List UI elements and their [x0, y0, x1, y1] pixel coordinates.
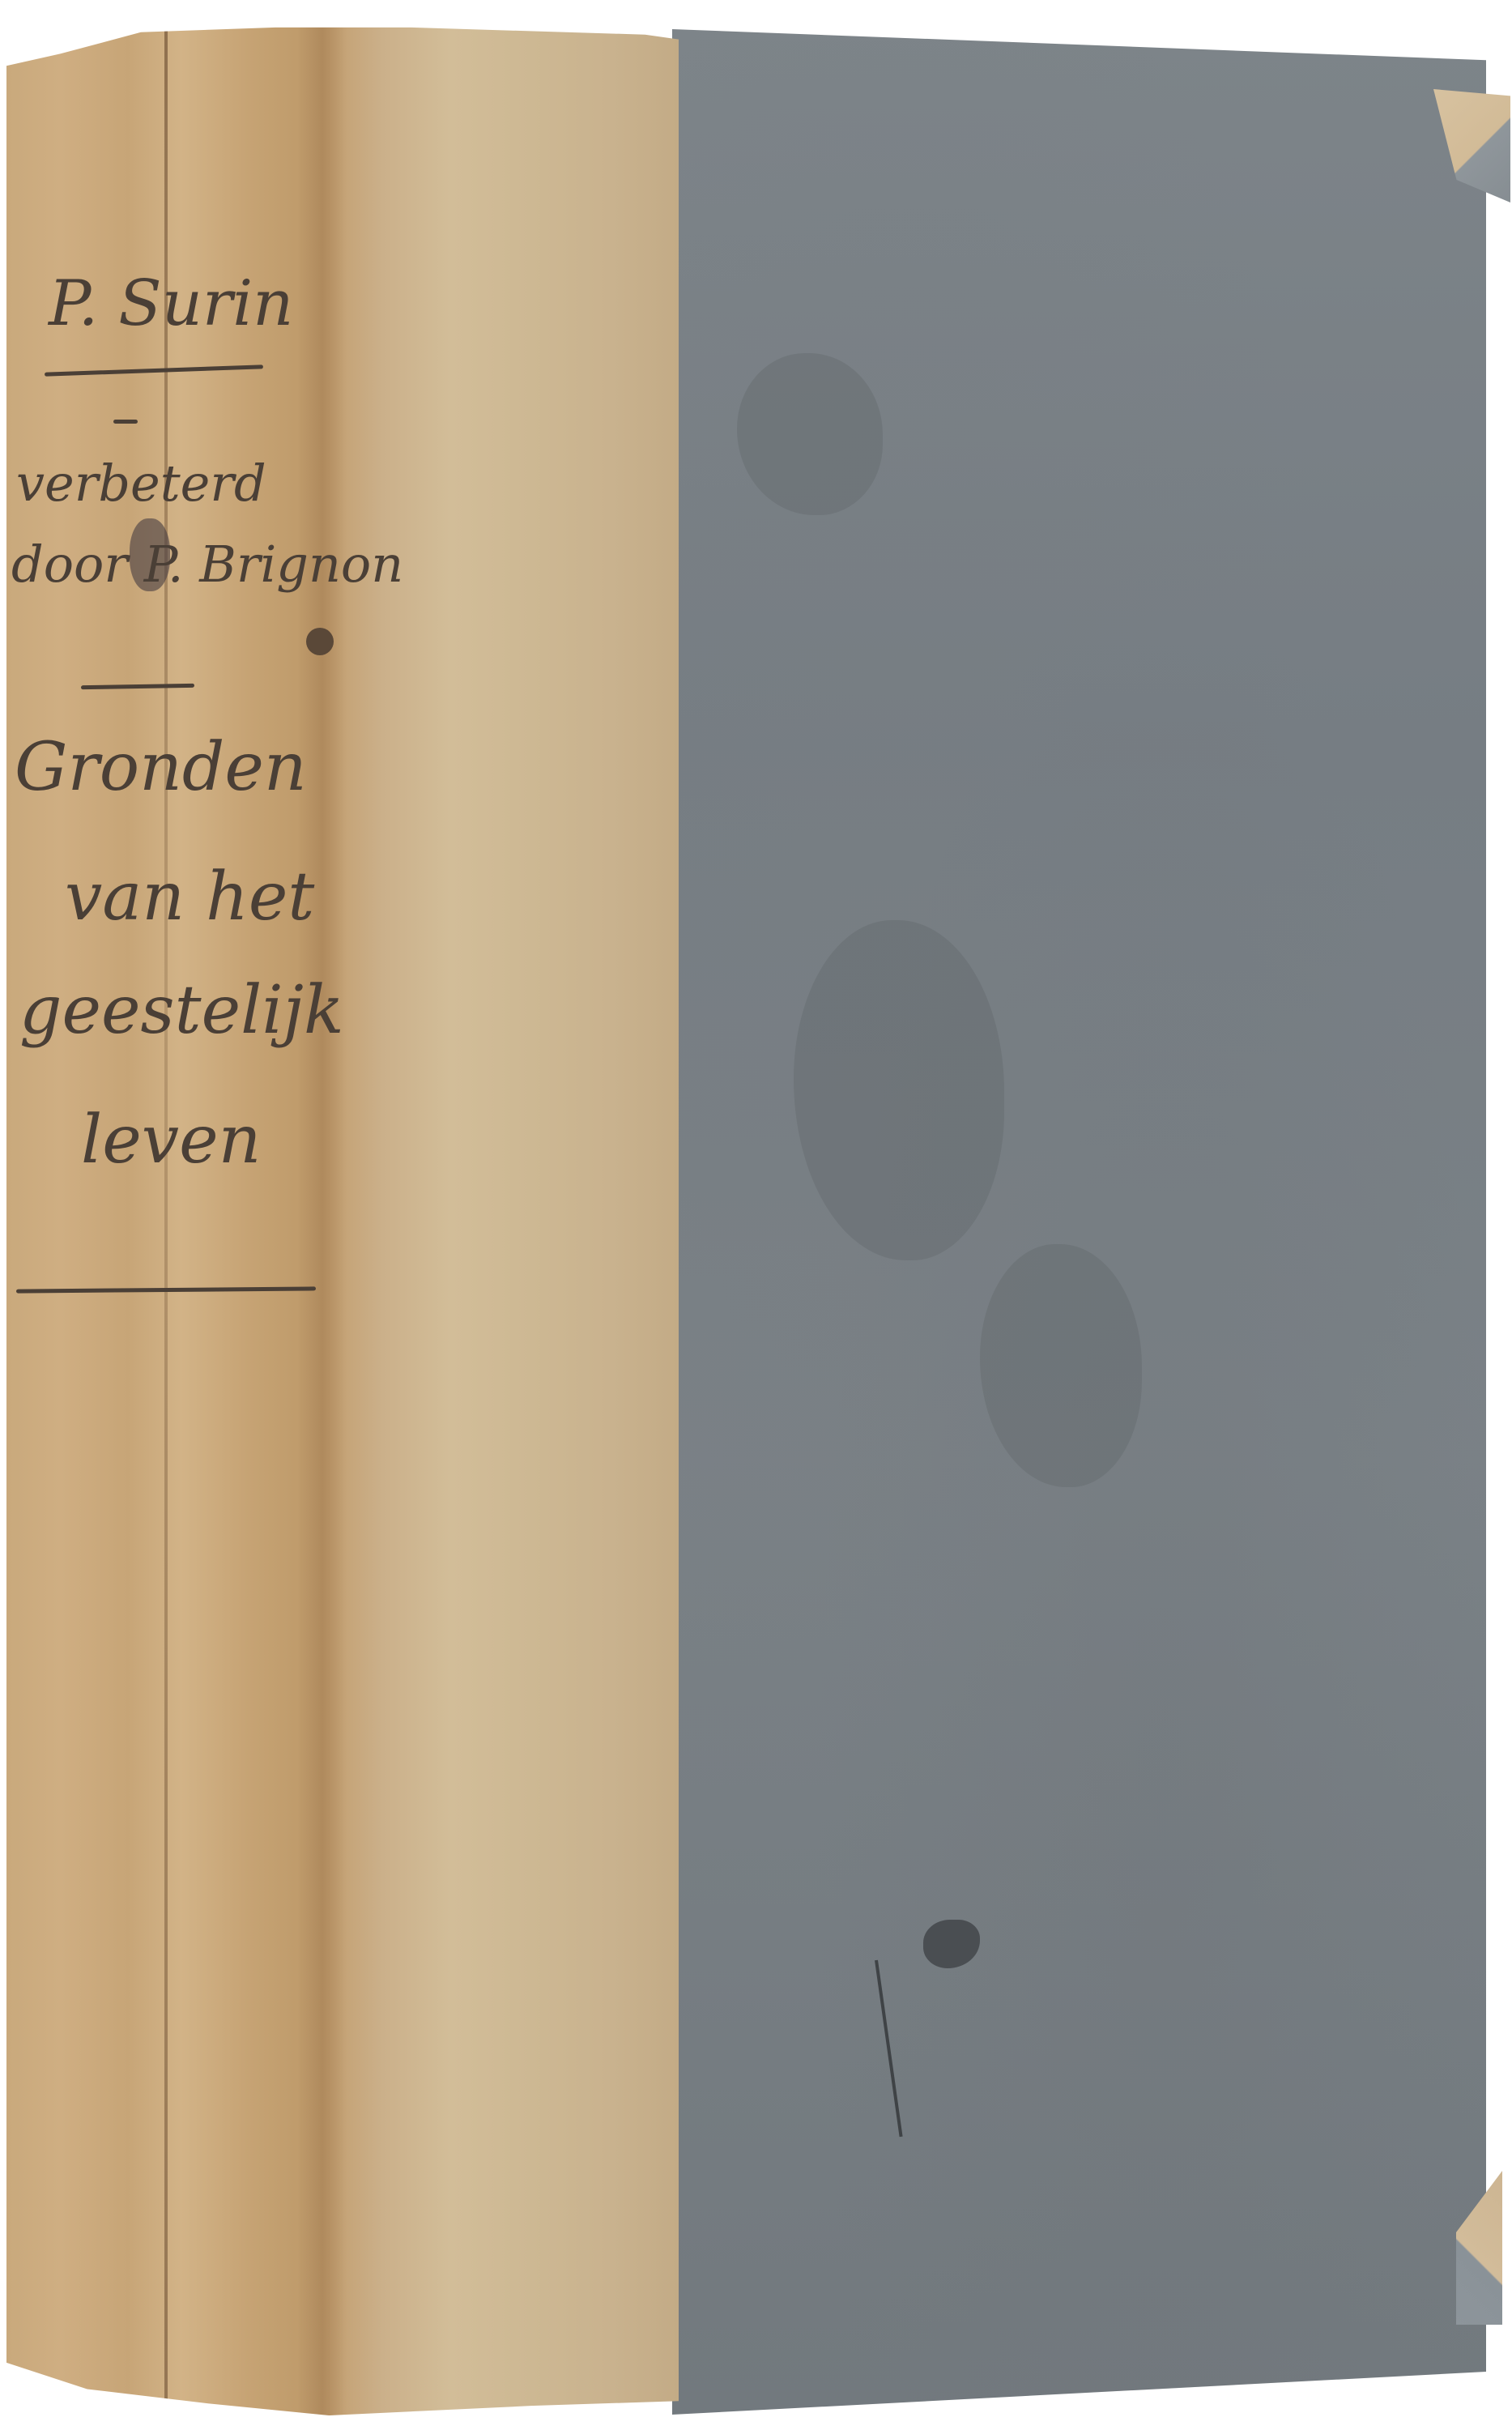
book-spine	[6, 18, 679, 2415]
spine-title-line1: Gronden	[15, 729, 307, 806]
spine-title-line2: van het	[65, 859, 314, 936]
spine-hole	[306, 628, 334, 655]
book-cover	[672, 29, 1486, 2415]
water-stain	[737, 353, 883, 515]
spine-editor-line1: verbeterd	[16, 454, 266, 513]
spine-editor-line2: door P. Brignon	[11, 535, 403, 594]
spine-author: P. Surin	[49, 267, 293, 340]
water-stain	[980, 1244, 1142, 1487]
book-photo: P. Surin verbeterd door P. Brignon Grond…	[0, 0, 1512, 2430]
spine-rule	[113, 420, 138, 424]
water-stain	[794, 920, 1004, 1260]
spine-title-line3: geestelijk	[19, 972, 344, 1049]
spine-title-line4: leven	[81, 1102, 261, 1179]
